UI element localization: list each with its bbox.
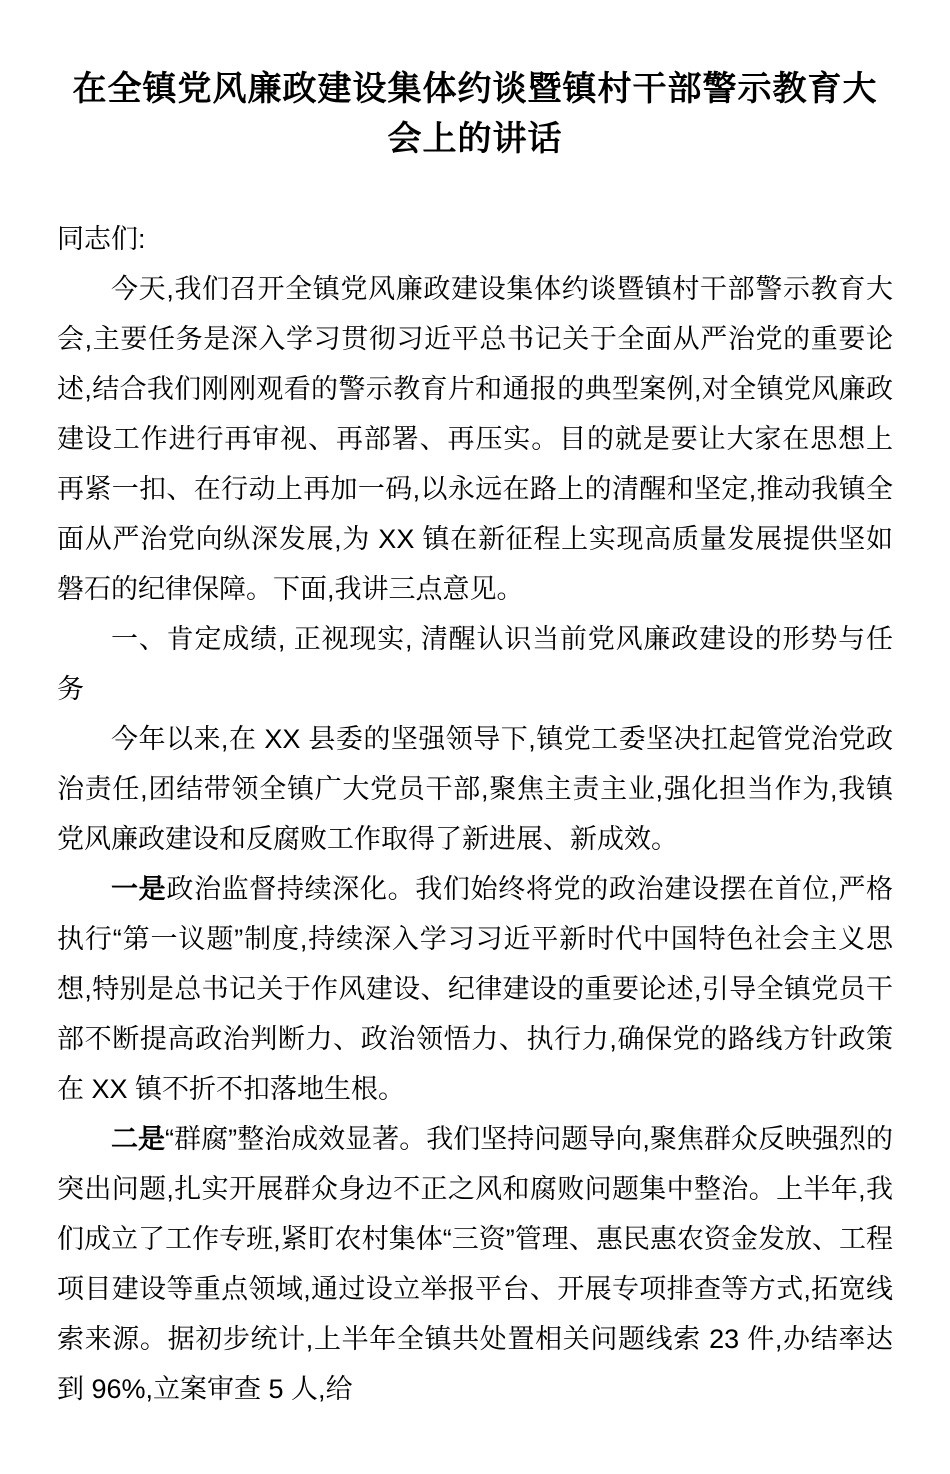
- salutation: 同志们:: [57, 214, 893, 264]
- paragraph-point-1-text: 政治监督持续深化。我们始终将党的政治建设摆在首位,严格执行“第一议题”制度,持续…: [57, 874, 893, 1104]
- paragraph-overview: 今年以来,在 XX 县委的坚强领导下,镇党工委坚决扛起管党治党政治责任,团结带领…: [57, 714, 893, 864]
- document-title: 在全镇党风廉政建设集体约谈暨镇村干部警示教育大会上的讲话: [57, 64, 893, 164]
- paragraph-point-1-lead: 一是: [111, 874, 166, 904]
- paragraph-point-2: 二是“群腐”整治成效显著。我们坚持问题导向,聚焦群众反映强烈的突出问题,扎实开展…: [57, 1114, 893, 1414]
- paragraph-point-1: 一是政治监督持续深化。我们始终将党的政治建设摆在首位,严格执行“第一议题”制度,…: [57, 864, 893, 1114]
- paragraph-intro: 今天,我们召开全镇党风廉政建设集体约谈暨镇村干部警示教育大会,主要任务是深入学习…: [57, 264, 893, 614]
- section-heading-1: 一、肯定成绩, 正视现实, 清醒认识当前党风廉政建设的形势与任务: [57, 614, 893, 714]
- document-page: 在全镇党风廉政建设集体约谈暨镇村干部警示教育大会上的讲话 同志们: 今天,我们召…: [0, 0, 950, 1474]
- paragraph-point-2-text: “群腐”整治成效显著。我们坚持问题导向,聚焦群众反映强烈的突出问题,扎实开展群众…: [57, 1124, 893, 1404]
- paragraph-point-2-lead: 二是: [111, 1124, 165, 1154]
